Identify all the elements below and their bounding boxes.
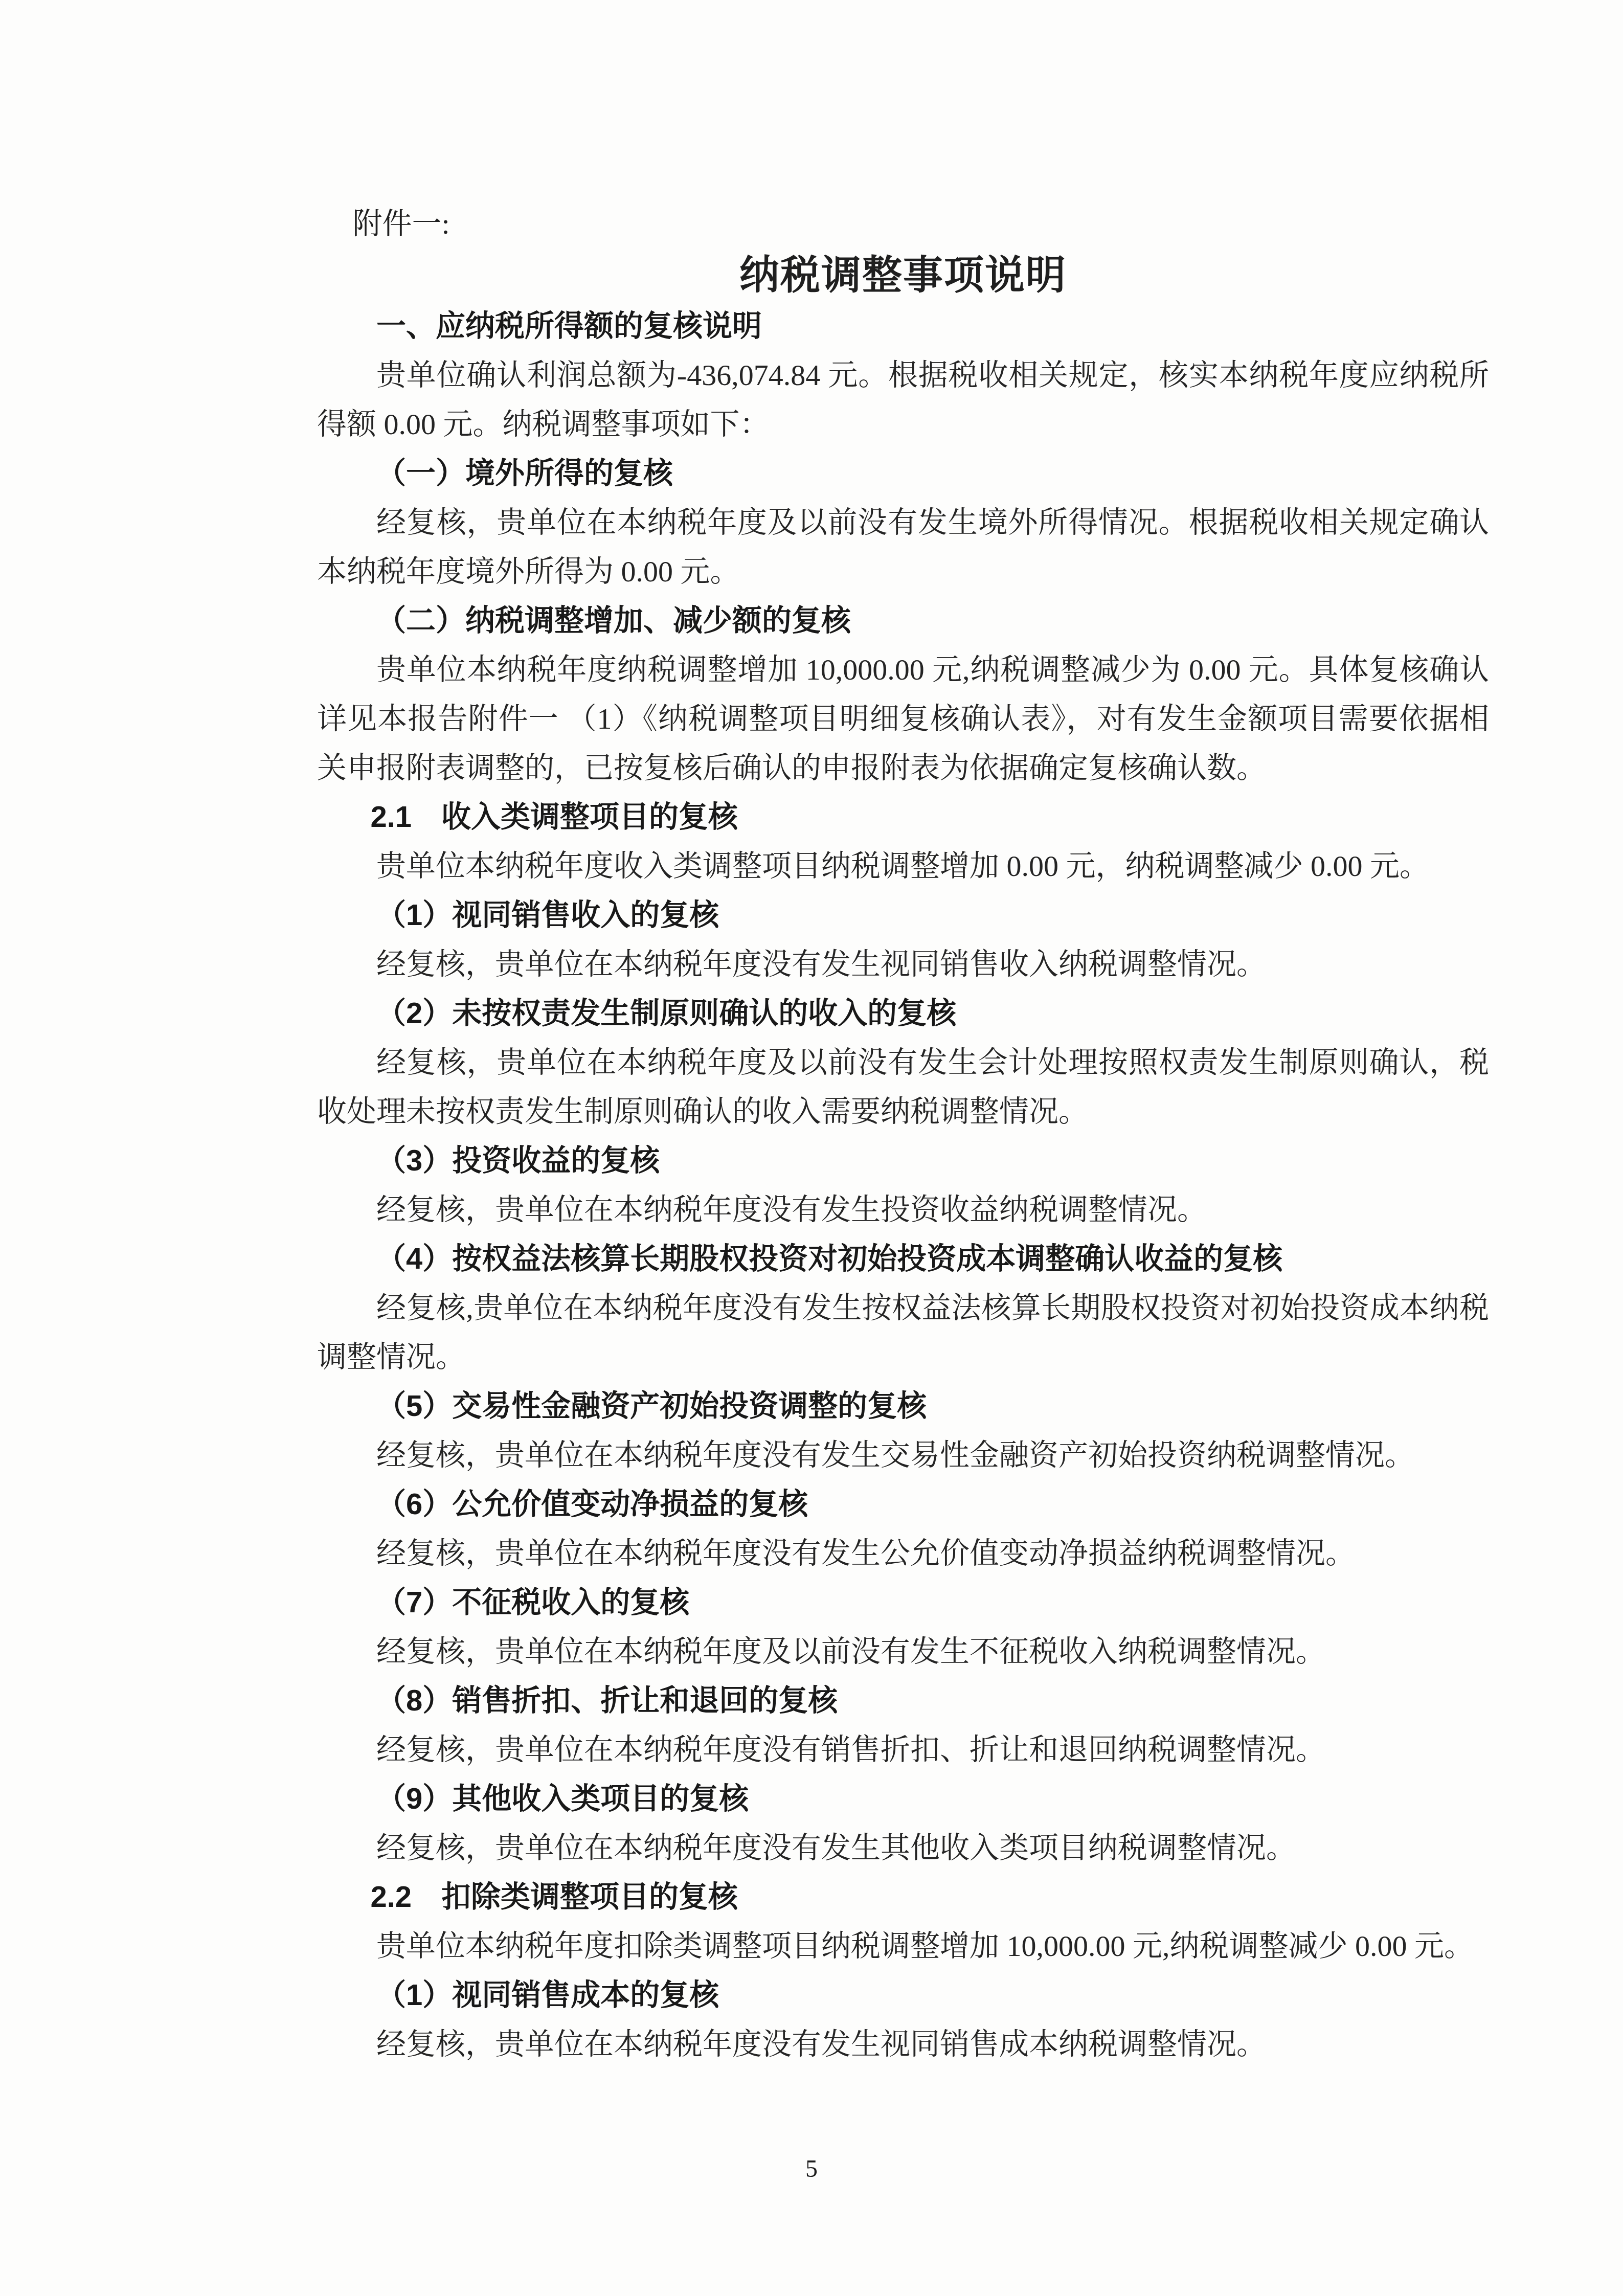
item-heading-4: （4）按权益法核算长期股权投资对初始投资成本调整确认收益的复核 <box>317 1234 1489 1284</box>
paragraph: 经复核，贵单位在本纳税年度没有销售折扣、折让和退回纳税调整情况。 <box>317 1725 1489 1774</box>
subsection-heading-overseas: （一）境外所得的复核 <box>317 449 1489 498</box>
item-heading-deemed-cost: （1）视同销售成本的复核 <box>317 1971 1489 2020</box>
paragraph: 经复核，贵单位在本纳税年度没有发生其他收入类项目纳税调整情况。 <box>317 1824 1489 1873</box>
subsection-heading-adjust: （二）纳税调整增加、减少额的复核 <box>317 596 1489 645</box>
paragraph: 经复核，贵单位在本纳税年度及以前没有发生会计处理按照权责发生制原则确认，税收处理… <box>317 1038 1489 1136</box>
paragraph: 经复核，贵单位在本纳税年度及以前没有发生境外所得情况。根据税收相关规定确认本纳税… <box>317 498 1489 596</box>
item-heading-6: （6）公允价值变动净损益的复核 <box>317 1480 1489 1529</box>
item-heading-1: （1）视同销售收入的复核 <box>317 891 1489 940</box>
paragraph: 贵单位本纳税年度扣除类调整项目纳税调整增加 10,000.00 元,纳税调整减少… <box>317 1922 1489 1971</box>
paragraph: 经复核，贵单位在本纳税年度没有发生公允价值变动净损益纳税调整情况。 <box>317 1529 1489 1578</box>
document-title: 纳税调整事项说明 <box>317 249 1489 302</box>
item-heading-3: （3）投资收益的复核 <box>317 1136 1489 1185</box>
item-heading-5: （5）交易性金融资产初始投资调整的复核 <box>317 1382 1489 1431</box>
subsection-heading-2-1: 2.1 收入类调整项目的复核 <box>317 793 1489 842</box>
item-heading-7: （7）不征税收入的复核 <box>317 1578 1489 1627</box>
paragraph: 经复核，贵单位在本纳税年度没有发生交易性金融资产初始投资纳税调整情况。 <box>317 1431 1489 1480</box>
paragraph: 经复核，贵单位在本纳税年度没有发生投资收益纳税调整情况。 <box>317 1185 1489 1234</box>
item-heading-2: （2）未按权责发生制原则确认的收入的复核 <box>317 989 1489 1038</box>
document-body: 附件一: 纳税调整事项说明 一、应纳税所得额的复核说明 贵单位确认利润总额为-4… <box>317 199 1489 2069</box>
item-heading-8: （8）销售折扣、折让和退回的复核 <box>317 1676 1489 1725</box>
paragraph: 经复核，贵单位在本纳税年度没有发生视同销售收入纳税调整情况。 <box>317 940 1489 989</box>
page-number: 5 <box>0 2155 1623 2184</box>
paragraph: 经复核，贵单位在本纳税年度及以前没有发生不征税收入纳税调整情况。 <box>317 1627 1489 1676</box>
section-heading-1: 一、应纳税所得额的复核说明 <box>317 302 1489 351</box>
subsection-heading-2-2: 2.2 扣除类调整项目的复核 <box>317 1873 1489 1922</box>
attachment-label: 附件一: <box>317 199 1489 249</box>
paragraph: 经复核,贵单位在本纳税年度没有发生按权益法核算长期股权投资对初始投资成本纳税调整… <box>317 1284 1489 1382</box>
paragraph: 贵单位本纳税年度纳税调整增加 10,000.00 元,纳税调整减少为 0.00 … <box>317 645 1489 793</box>
item-heading-9: （9）其他收入类项目的复核 <box>317 1774 1489 1824</box>
scanned-document-page: 附件一: 纳税调整事项说明 一、应纳税所得额的复核说明 贵单位确认利润总额为-4… <box>0 0 1623 2296</box>
paragraph: 贵单位确认利润总额为-436,074.84 元。根据税收相关规定，核实本纳税年度… <box>317 351 1489 449</box>
paragraph: 经复核，贵单位在本纳税年度没有发生视同销售成本纳税调整情况。 <box>317 2020 1489 2069</box>
paragraph: 贵单位本纳税年度收入类调整项目纳税调整增加 0.00 元，纳税调整减少 0.00… <box>317 842 1489 891</box>
